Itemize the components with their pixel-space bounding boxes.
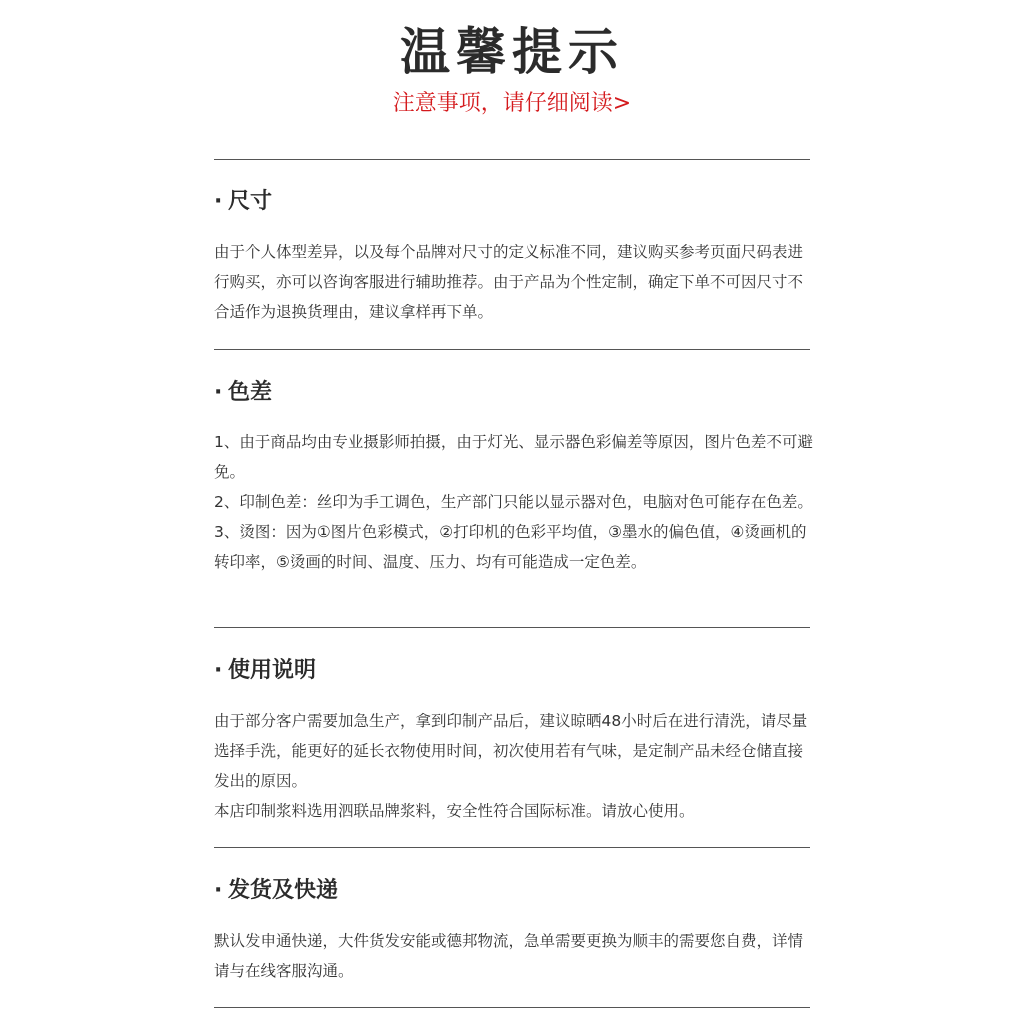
paragraph: 2、印制色差：丝印为手工调色，生产部门只能以显示器对色，电脑对色可能存在色差。 <box>214 487 814 517</box>
paragraph: 默认发申通快递，大件货发安能或德邦物流，急单需要更换为顺丰的需要您自费，详情请与… <box>214 926 814 986</box>
section-heading: ·色差 <box>214 378 272 408</box>
section-body: 由于个人体型差异，以及每个品牌对尺寸的定义标准不同，建议购买参考页面尺码表进行购… <box>214 237 814 327</box>
section-heading-text: 发货及快递 <box>228 878 338 903</box>
divider <box>214 349 810 350</box>
section-heading: ·尺寸 <box>214 187 272 217</box>
page-subtitle: 注意事项，请仔细阅读> <box>0 88 1024 120</box>
section-heading-text: 使用说明 <box>228 658 316 683</box>
section-body: 1、由于商品均由专业摄影师拍摄，由于灯光、显示器色彩偏差等原因，图片色差不可避免… <box>214 427 814 577</box>
bullet-icon: · <box>214 187 228 217</box>
bullet-icon: · <box>214 656 228 686</box>
section-body: 默认发申通快递，大件货发安能或德邦物流，急单需要更换为顺丰的需要您自费，详情请与… <box>214 926 814 986</box>
paragraph: 由于个人体型差异，以及每个品牌对尺寸的定义标准不同，建议购买参考页面尺码表进行购… <box>214 237 814 327</box>
paragraph: 1、由于商品均由专业摄影师拍摄，由于灯光、显示器色彩偏差等原因，图片色差不可避免… <box>214 427 814 487</box>
paragraph: 由于部分客户需要加急生产，拿到印制产品后，建议晾晒48小时后在进行清洗，请尽量选… <box>214 706 814 796</box>
divider <box>214 1007 810 1008</box>
page-title: 温馨提示 <box>0 22 1024 82</box>
paragraph: 本店印制浆料选用泗联品牌浆料，安全性符合国际标准。请放心使用。 <box>214 796 814 826</box>
divider <box>214 847 810 848</box>
section-heading: ·发货及快递 <box>214 876 338 906</box>
divider <box>214 159 810 160</box>
section-body: 由于部分客户需要加急生产，拿到印制产品后，建议晾晒48小时后在进行清洗，请尽量选… <box>214 706 814 826</box>
paragraph: 3、烫图：因为①图片色彩模式，②打印机的色彩平均值，③墨水的偏色值，④烫画机的转… <box>214 517 814 577</box>
bullet-icon: · <box>214 378 228 408</box>
bullet-icon: · <box>214 876 228 906</box>
divider <box>214 627 810 628</box>
section-heading-text: 色差 <box>228 380 272 405</box>
section-heading: ·使用说明 <box>214 656 316 686</box>
section-heading-text: 尺寸 <box>228 189 272 214</box>
